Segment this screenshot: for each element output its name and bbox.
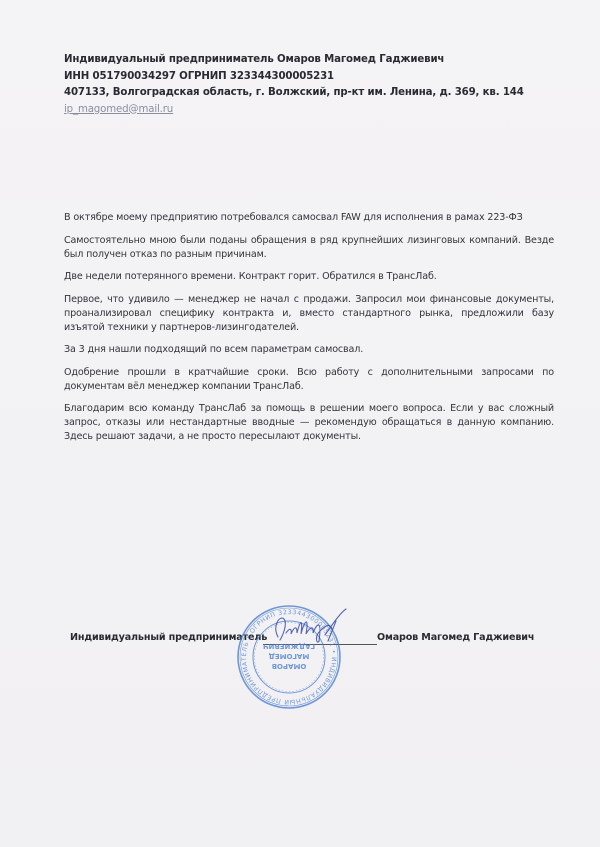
letterhead-registration: ИНН 051790034297 ОГРНИП 323344300005231 xyxy=(64,69,524,86)
signatory-name: Омаров Магомед Гаджиевич xyxy=(377,632,534,643)
paragraph: Первое, что удивило — менеджер не начал … xyxy=(64,293,554,335)
letterhead: Индивидуальный предприниматель Омаров Ма… xyxy=(64,52,524,118)
handwritten-signature-icon xyxy=(270,607,352,645)
svg-text:МАГОМЕД: МАГОМЕД xyxy=(269,652,310,660)
letterhead-owner: Индивидуальный предприниматель Омаров Ма… xyxy=(64,52,524,69)
paragraph: Одобрение прошли в кратчайшие сроки. Всю… xyxy=(64,366,554,394)
svg-text:ОМАРОВ: ОМАРОВ xyxy=(272,662,307,670)
letter-body: В октябре моему предприятию потребовался… xyxy=(64,211,554,453)
paragraph: В октябре моему предприятию потребовался… xyxy=(64,211,554,225)
letterhead-address: 407133, Волгоградская область, г. Волжск… xyxy=(64,85,524,102)
paragraph: Благодарим всю команду ТрансЛаб за помощ… xyxy=(64,402,554,444)
paragraph: За 3 дня нашли подходящий по всем параме… xyxy=(64,343,554,357)
document-page: Индивидуальный предприниматель Омаров Ма… xyxy=(0,0,600,847)
letterhead-email-link[interactable]: ip_magomed@mail.ru xyxy=(64,102,524,119)
paragraph: Две недели потерянного времени. Контракт… xyxy=(64,270,554,284)
paragraph: Самостоятельно мною были поданы обращени… xyxy=(64,234,554,262)
